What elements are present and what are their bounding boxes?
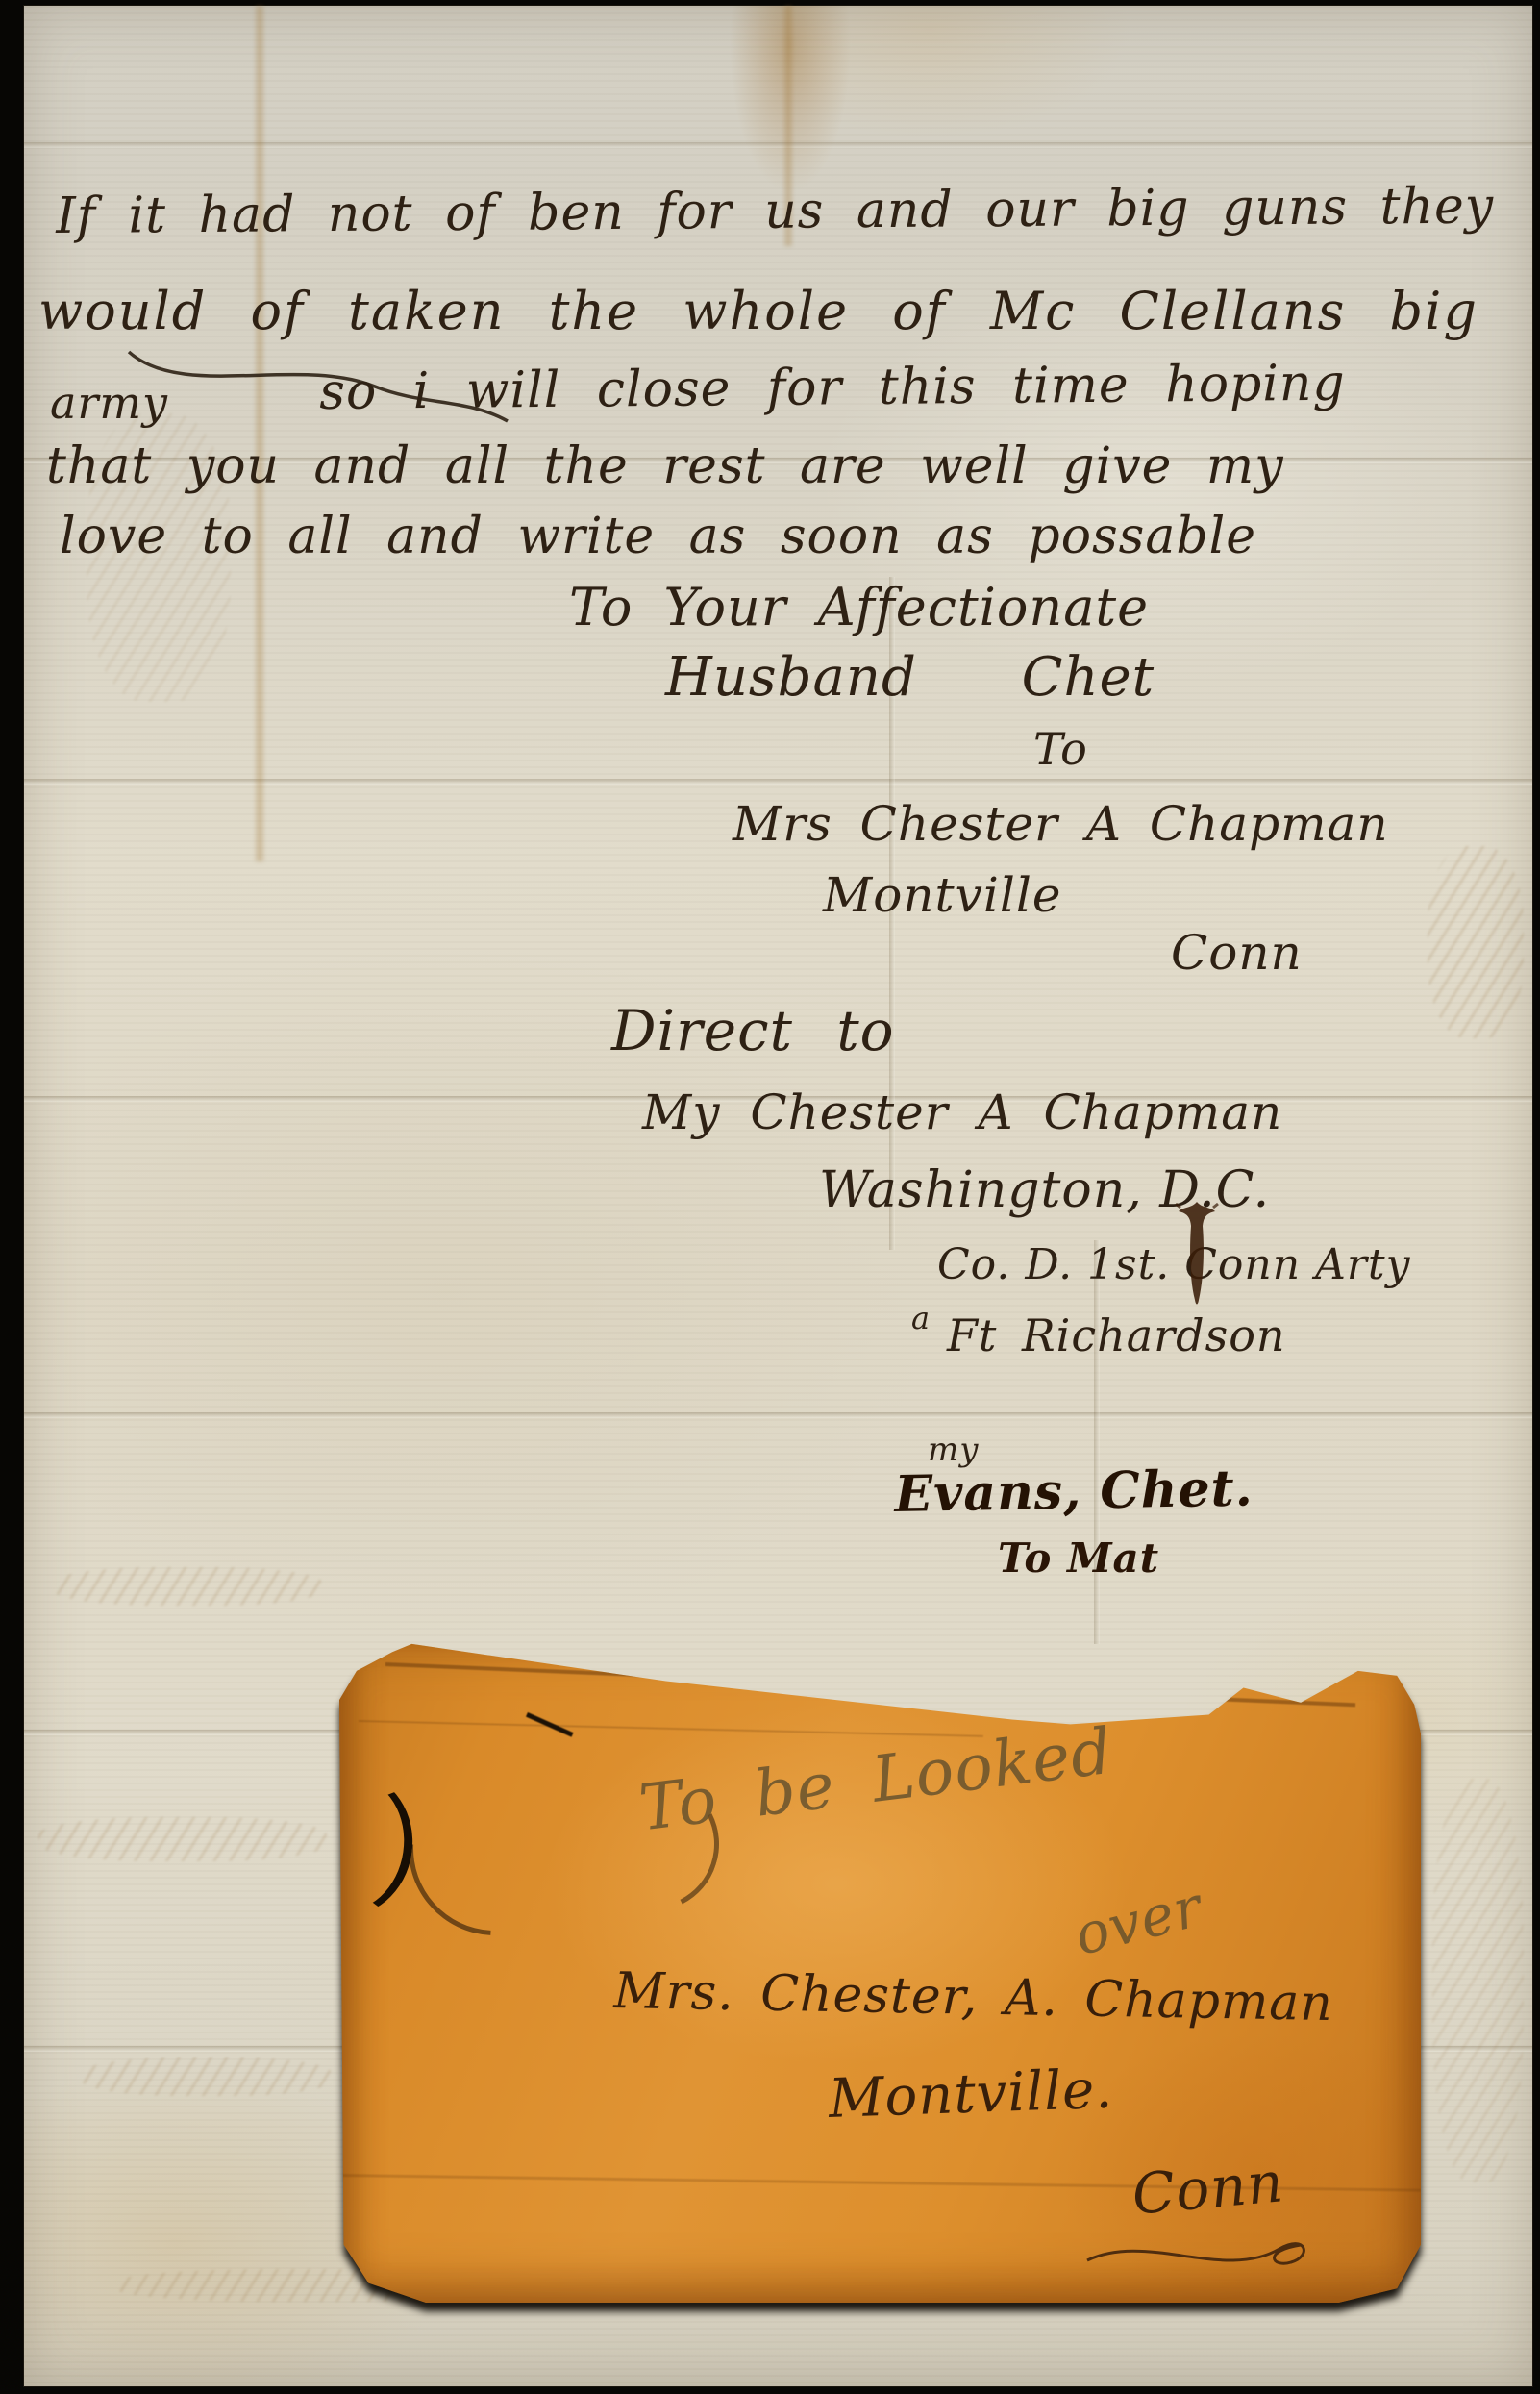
letter-body-line: that you and all the rest are well give … [46,437,1284,495]
letter-body-line: would of taken the whole of Mc Clellans … [38,281,1478,341]
address-line: To [1033,723,1088,775]
scanned-letter-page: If it had not of ben for us and our big … [0,0,1540,2394]
pen-flourish [1080,2232,1320,2285]
letter-body-line: If it had not of ben for us and our big … [56,178,1494,245]
envelope-address-line: Mrs. Chester, A. Chapman [613,1962,1333,2032]
ink-blot [1175,1200,1219,1315]
direction-line: Ft Richardson [947,1309,1286,1361]
fold-crease [24,142,1532,148]
address-line: Conn [1171,925,1303,981]
letter-body-line: love to all and write as soon as possabl… [60,508,1256,565]
closing-line: To Your Affectionate [569,577,1149,637]
bleed-through-marks [1432,1779,1524,2182]
envelope-pencil-note: over [1068,1874,1208,1968]
envelope-face: To be Looked over Mrs. Chester, A. Chapm… [339,1628,1421,2303]
direction-prefix: a [911,1300,931,1336]
envelope: To be Looked over Mrs. Chester, A. Chapm… [339,1628,1421,2303]
direction-line: Direct to [611,998,895,1063]
bleed-through-marks [1428,846,1524,1038]
closing-line: Husband Chet [665,646,1155,709]
signature-line: Evans, Chet. [894,1459,1254,1524]
letter-body-line: so i will close for this time hoping [319,355,1346,421]
envelope-crease [385,1662,1355,1707]
fold-crease [24,1412,1532,1418]
address-line: Montville [823,867,1061,923]
envelope-address-line: Conn [1130,2149,1286,2228]
fold-crease [24,779,1532,785]
envelope-crease [359,1720,983,1737]
bleed-through-marks [53,1567,322,1606]
address-line: Mrs Chester A Chapman [733,796,1389,852]
signature-line: To Mat [998,1534,1159,1582]
bleed-through-marks [82,2057,332,2096]
fold-crease [1094,1240,1100,1644]
envelope-address-line: Montville. [828,2058,1114,2131]
direction-line: My Chester A Chapman [642,1085,1282,1140]
bleed-through-marks [38,1817,327,1861]
